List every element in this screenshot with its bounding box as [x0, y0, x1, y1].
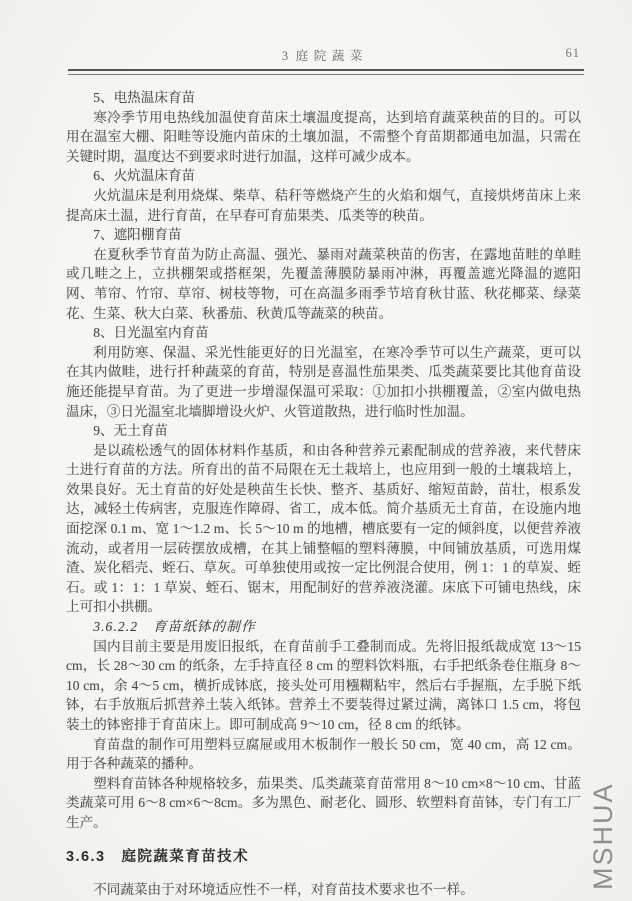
- page-body-text: 5、电热温床育苗 寒冷季节用电热线加温使育苗床土壤温度提高，达到培育蔬菜秧苗的目…: [66, 88, 581, 900]
- page-number: 61: [566, 46, 581, 61]
- body-paragraph: 在夏秋季节育苗为防止高温、强光、暴雨对蔬菜秧苗的伤害，在露地苗畦的单畦或几畦之上…: [66, 245, 581, 323]
- numbered-heading-8: 8、日光温室内育苗: [66, 323, 581, 343]
- subsection-heading-3622: 3.6.2.2 育苗纸钵的制作: [66, 617, 581, 637]
- chapter-title: 3庭院蔬菜: [68, 46, 582, 64]
- running-header: 3庭院蔬菜 61: [68, 46, 582, 66]
- numbered-heading-9: 9、无土育苗: [66, 421, 581, 441]
- chapter-title-text: 庭院蔬菜: [296, 49, 369, 63]
- scanned-book-page: 3庭院蔬菜 61 5、电热温床育苗 寒冷季节用电热线加温使育苗床土壤温度提高，达…: [0, 0, 632, 901]
- header-double-rule: [68, 69, 584, 75]
- body-paragraph: 是以疏松透气的固体材料作基质，和由各种营养元素配制成的营养液，来代替床土进行育苗…: [66, 441, 581, 617]
- numbered-heading-5: 5、电热温床育苗: [66, 88, 581, 108]
- body-paragraph: 不同蔬菜由于对环境适应性不一样，对育苗技术要求也不一样。: [66, 880, 581, 900]
- body-paragraph: 国内目前主要是用废旧报纸，在育苗前手工叠制而成。先将旧报纸裁成宽 13～15 c…: [66, 637, 581, 735]
- body-paragraph: 育苗盘的制作可用塑料豆腐屉或用木板制作一般长 50 cm，宽 40 cm，高 1…: [66, 735, 581, 774]
- numbered-heading-6: 6、火炕温床育苗: [66, 166, 581, 186]
- body-paragraph: 寒冷季节用电热线加温使育苗床土壤温度提高，达到培育蔬菜秧苗的目的。可以用在温室大…: [66, 108, 581, 167]
- body-paragraph: 利用防寒、保温、采光性能更好的日光温室，在寒冷季节可以生产蔬菜，更可以在其内做畦…: [66, 343, 581, 421]
- body-paragraph: 火炕温床是利用烧煤、柴草、秸秆等燃烧产生的火焰和烟气，直接烘烤苗床上来提高床土温…: [66, 186, 581, 225]
- numbered-heading-7: 7、遮阳棚育苗: [66, 225, 581, 245]
- body-paragraph: 塑料育苗钵各种规格较多，茄果类、瓜类蔬菜育苗常用 8～10 cm×8～10 cm…: [66, 774, 581, 833]
- chapter-number: 3: [282, 49, 288, 63]
- section-heading-363: 3.6.3 庭院蔬菜育苗技术: [66, 848, 581, 868]
- watermark-text: MSHUA: [588, 778, 619, 890]
